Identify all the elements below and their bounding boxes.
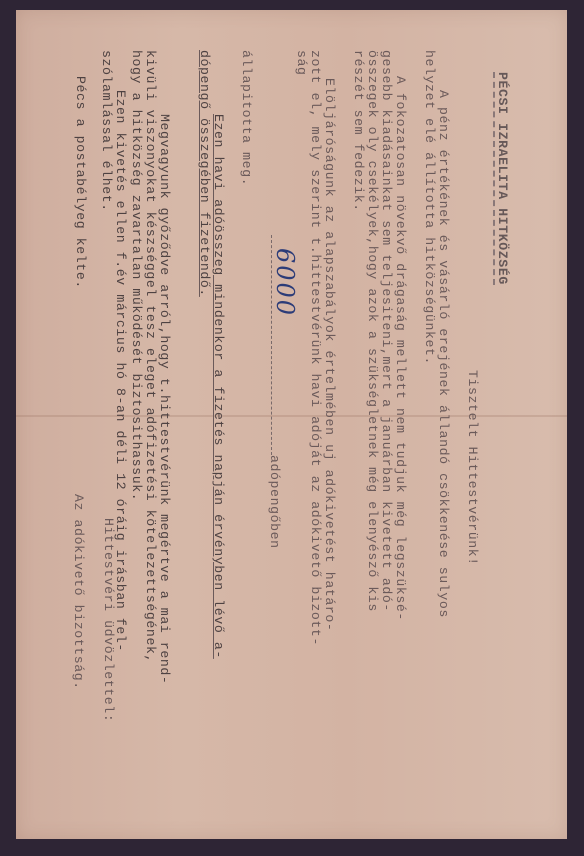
para3-line1: Elöljáróságunk az alapszabályok értelméb… [322, 78, 336, 631]
para5-line1-text: Ezen havi adóösszeg mindenkor a fizetés … [211, 114, 226, 659]
para5-line2: dópengő összegében fizetendő. [197, 50, 211, 297]
rotated-letter-text: PÉCSI IZRAELITA HITKÖZSÉG Tisztelt Hitte… [16, 10, 567, 839]
letter-header: PÉCSI IZRAELITA HITKÖZSÉG [493, 72, 509, 285]
salutation: Tisztelt Hittestvérünk! [465, 370, 479, 566]
handwritten-amount: 6000 [271, 248, 299, 317]
para3-line2: zott el, mely szerint t.hittestvérünk ha… [308, 50, 322, 646]
para2-line3: összegek oly csekélyek,hogy azok a szüks… [365, 50, 379, 612]
signature: Az adókivető bizottság. [71, 494, 85, 690]
para5-line1: Ezen havi adóösszeg mindenkor a fizetés … [211, 114, 225, 659]
para2-line4: részét sem fedezik. [351, 50, 365, 212]
para1-line2: helyzet elé állította hitközségünket. [422, 50, 436, 365]
para3-line3: ság [294, 50, 308, 76]
letter-page: PÉCSI IZRAELITA HITKÖZSÉG Tisztelt Hitte… [16, 10, 567, 839]
para5-line2-text: dópengő összegében fizetendő. [197, 50, 212, 297]
closing: Hittestvéri üdvözlettel: [101, 518, 115, 722]
para6-line2: kivüli viszonyokat készséggel tesz elege… [143, 50, 157, 663]
adopengoben-label: adópengőben [267, 455, 281, 549]
para4-line1: állapitotta meg. [239, 50, 253, 186]
para1-line1: A pénz értékének és vásárló erejének áll… [436, 90, 450, 618]
para2-line2: gesebb kiadásainkat sem teljesiteni,mert… [379, 50, 393, 612]
para6-line3: hogy a hitközség zavartalan működését bi… [129, 50, 143, 501]
para6-line1: Megvagyunk győződve arról,hogy t.hittest… [157, 114, 171, 684]
place-date: Pécs a postabélyeg kelte. [73, 76, 87, 289]
para7-line2: szólamlással élhet. [99, 50, 113, 212]
para2-line1: A fokozatosan növekvő drágaság mellett n… [393, 76, 407, 621]
